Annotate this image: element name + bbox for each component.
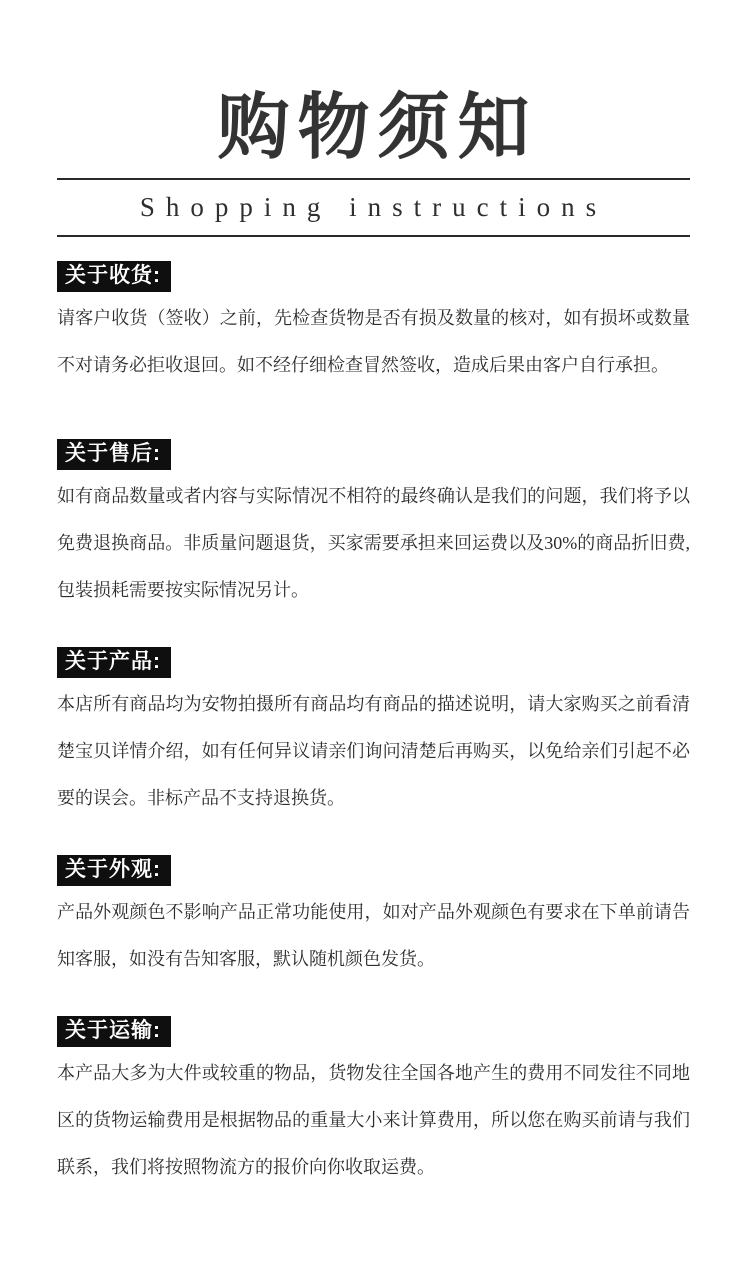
section-aftersale: 关于售后: 如有商品数量或者内容与实际情况不相符的最终确认是我们的问题，我们将予…	[57, 439, 690, 614]
section-receiving-label-badge: 关于收货:	[57, 261, 171, 292]
section-product-body: 本店所有商品均为安物拍摄所有商品均有商品的描述说明，请大家购买之前看清楚宝贝详情…	[57, 681, 690, 822]
section-shipping: 关于运输: 本产品大多为大件或较重的物品，货物发往全国各地产生的费用不同发往不同…	[57, 1016, 690, 1191]
section-receiving-body: 请客户收货（签收）之前，先检查货物是否有损及数量的核对，如有损坏或数量不对请务必…	[57, 295, 690, 389]
section-receiving: 关于收货: 请客户收货（签收）之前，先检查货物是否有损及数量的核对，如有损坏或数…	[57, 261, 690, 389]
shopping-notice-page: 购物须知 Shopping instructions 关于收货: 请客户收货（签…	[0, 0, 750, 1269]
section-aftersale-label-badge: 关于售后:	[57, 439, 171, 470]
section-appearance-label-badge: 关于外观:	[57, 855, 171, 886]
page-subtitle: Shopping instructions	[140, 192, 607, 222]
section-aftersale-body: 如有商品数量或者内容与实际情况不相符的最终确认是我们的问题，我们将予以免费退换商…	[57, 473, 690, 614]
section-shipping-body: 本产品大多为大件或较重的物品，货物发往全国各地产生的费用不同发往不同地区的货物运…	[57, 1050, 690, 1191]
section-shipping-label-badge: 关于运输:	[57, 1016, 171, 1047]
subtitle-divider-band: Shopping instructions	[57, 178, 690, 237]
section-appearance-body: 产品外观颜色不影响产品正常功能使用，如对产品外观颜色有要求在下单前请告知客服，如…	[57, 889, 690, 983]
section-appearance: 关于外观: 产品外观颜色不影响产品正常功能使用，如对产品外观颜色有要求在下单前请…	[57, 855, 690, 983]
header: 购物须知 Shopping instructions	[57, 0, 690, 237]
section-product: 关于产品: 本店所有商品均为安物拍摄所有商品均有商品的描述说明，请大家购买之前看…	[57, 647, 690, 822]
notice-sections: 关于收货: 请客户收货（签收）之前，先检查货物是否有损及数量的核对，如有损坏或数…	[57, 237, 690, 1191]
section-product-label-badge: 关于产品:	[57, 647, 171, 678]
page-title: 购物须知	[57, 0, 690, 164]
